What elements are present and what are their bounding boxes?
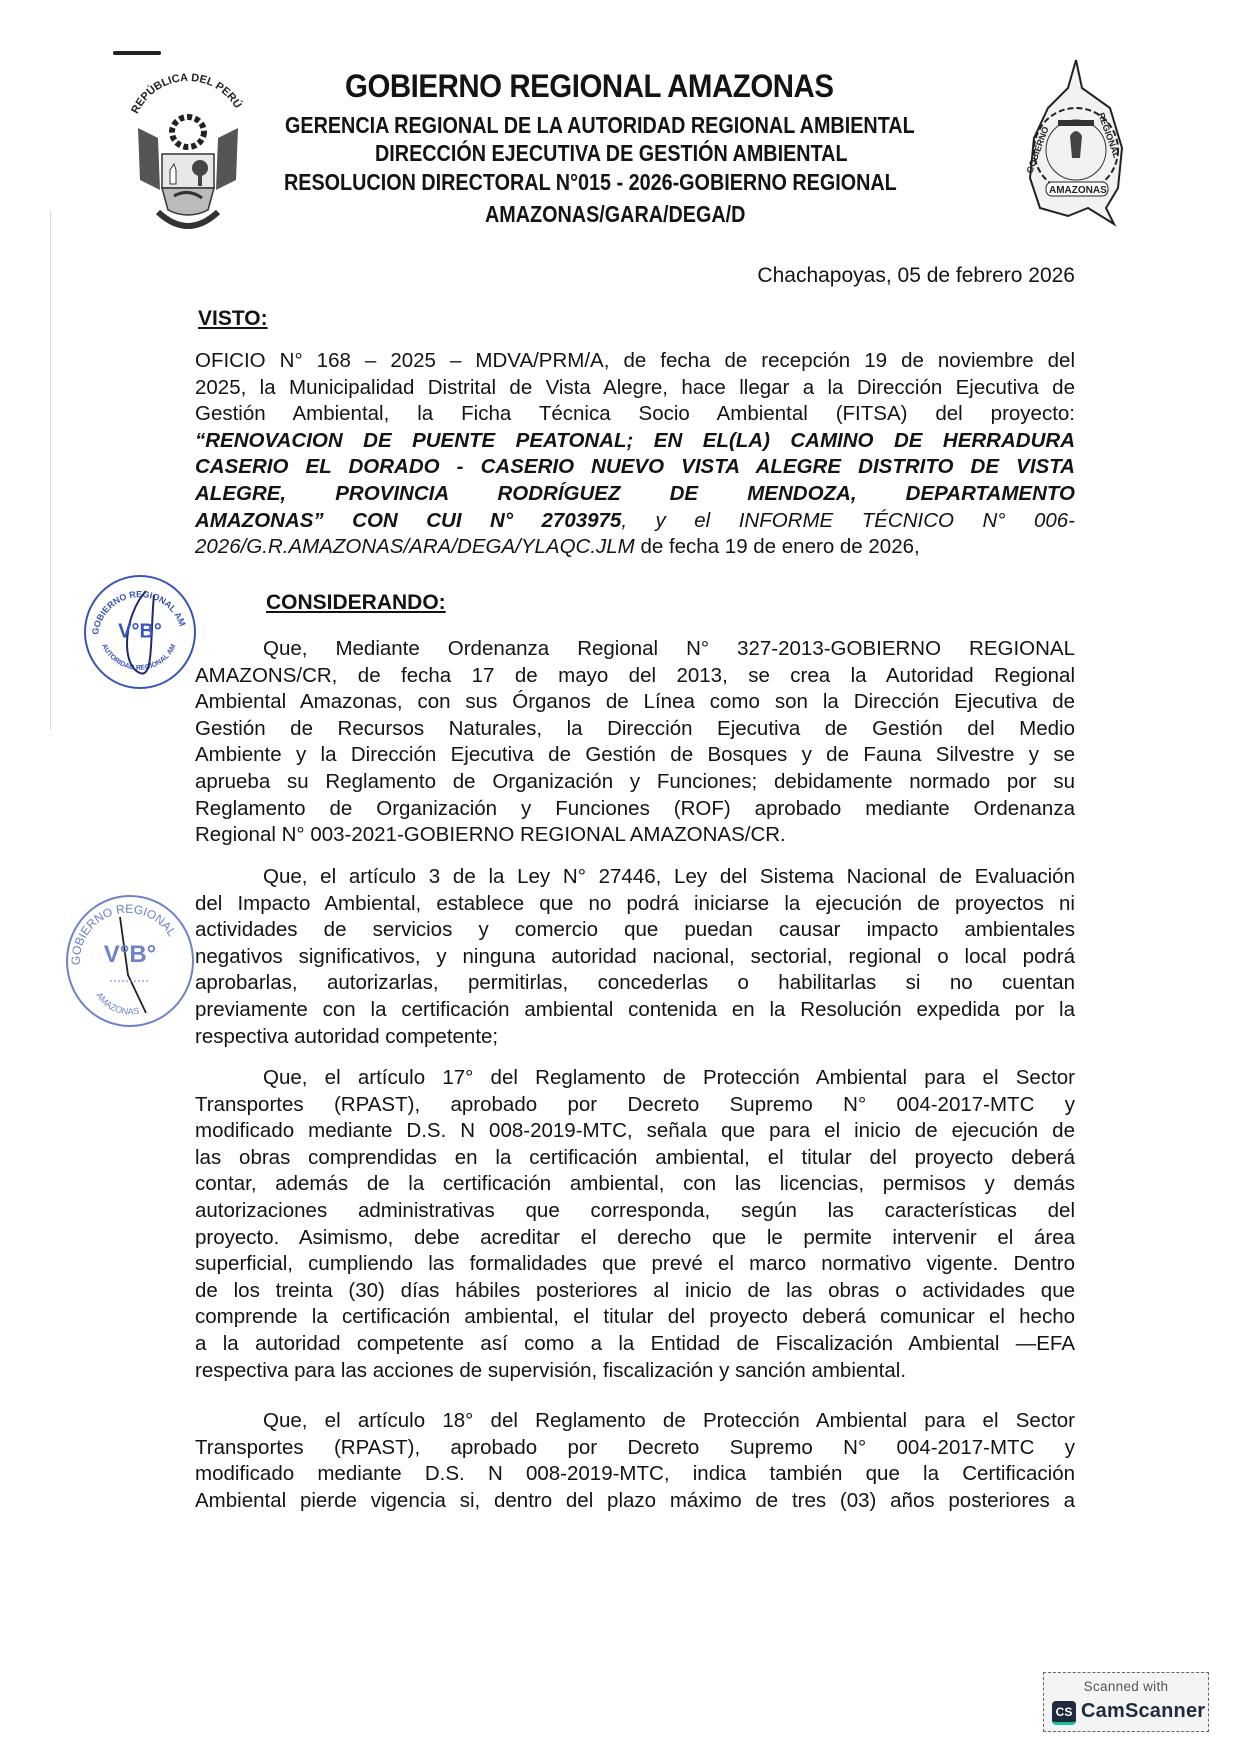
gerencia-line: GERENCIA REGIONAL DE LA AUTORIDAD REGION… [285,112,915,139]
scanned-with-label: Scanned with [1044,1679,1208,1694]
camscanner-watermark: Scanned with CS CamScanner [1043,1672,1209,1732]
visto-line: Gestión Ambiental, la Ficha Técnica Soci… [195,401,1075,428]
camscanner-name: CamScanner [1081,1700,1205,1723]
visto-line: OFICIO N° 168 – 2025 – MDVA/PRM/A, de fe… [195,348,1075,375]
project-name-line: CASERIO EL DORADO - CASERIO NUEVO VISTA … [195,454,1075,481]
resolucion-number-line: RESOLUCION DIRECTORAL N°015 - 2026-GOBIE… [284,169,897,196]
considerando-paragraph-1: Que, Mediante Ordenanza Regional N° 327-… [195,636,1075,849]
pen-mark [113,51,161,55]
vobo-text: V°B° [118,621,162,644]
scan-edge [50,210,51,730]
date-line: Chachapoyas, 05 de febrero 2026 [680,264,1075,288]
gobierno-regional-amazonas-emblem-icon: GOBIERNO REGIONAL AMAZONAS [1018,58,1136,228]
peru-coat-of-arms-icon: REPÚBLICA DEL PERÚ [118,70,258,230]
informe-date: de fecha 19 de enero de 2026, [635,535,920,558]
considerando-paragraph-2: Que, el artículo 3 de la Ley N° 27446, L… [195,864,1075,1050]
cui-text: AMAZONAS” CON CUI N° 2703975 [195,509,621,532]
vobo-stamp-legal: GOBIERNO REGIONAL AMAZONAS V°B° [66,895,194,1027]
informe-intro: , y el INFORME TÉCNICO N° 006- [621,509,1075,532]
institution-title: GOBIERNO REGIONAL AMAZONAS [345,68,834,105]
visto-heading: VISTO: [198,307,268,331]
svg-text:AMAZONAS: AMAZONAS [94,990,140,1016]
camscanner-logo-icon: CS [1052,1701,1076,1725]
svg-text:REPÚBLICA DEL PERÚ: REPÚBLICA DEL PERÚ [129,72,244,116]
project-name-line: “RENOVACION DE PUENTE PEATONAL; EN EL(LA… [195,428,1075,455]
project-name-line: ALEGRE, PROVINCIA RODRÍGUEZ DE MENDOZA, … [195,481,1075,508]
considerando-heading: CONSIDERANDO: [266,591,446,615]
informe-reference: 2026/G.R.AMAZONAS/ARA/DEGA/YLAQC.JLM [195,535,635,558]
considerando-paragraph-4: Que, el artículo 18° del Reglamento de P… [195,1408,1075,1514]
considerando-paragraph-3: Que, el artículo 17° del Reglamento de P… [195,1065,1075,1384]
resolucion-suffix-line: AMAZONAS/GARA/DEGA/D [485,201,745,228]
svg-text:AMAZONAS: AMAZONAS [1049,185,1107,196]
direccion-line: DIRECCIÓN EJECUTIVA DE GESTIÓN AMBIENTAL [375,140,848,167]
vobo-stamp: GOBIERNO REGIONAL AMAZONAS AUTORIDAD REG… [84,575,196,689]
visto-line: 2025, la Municipalidad Distrital de Vist… [195,375,1075,402]
vobo-text: V°B° [104,941,157,969]
visto-paragraph: OFICIO N° 168 – 2025 – MDVA/PRM/A, de fe… [195,348,1075,561]
